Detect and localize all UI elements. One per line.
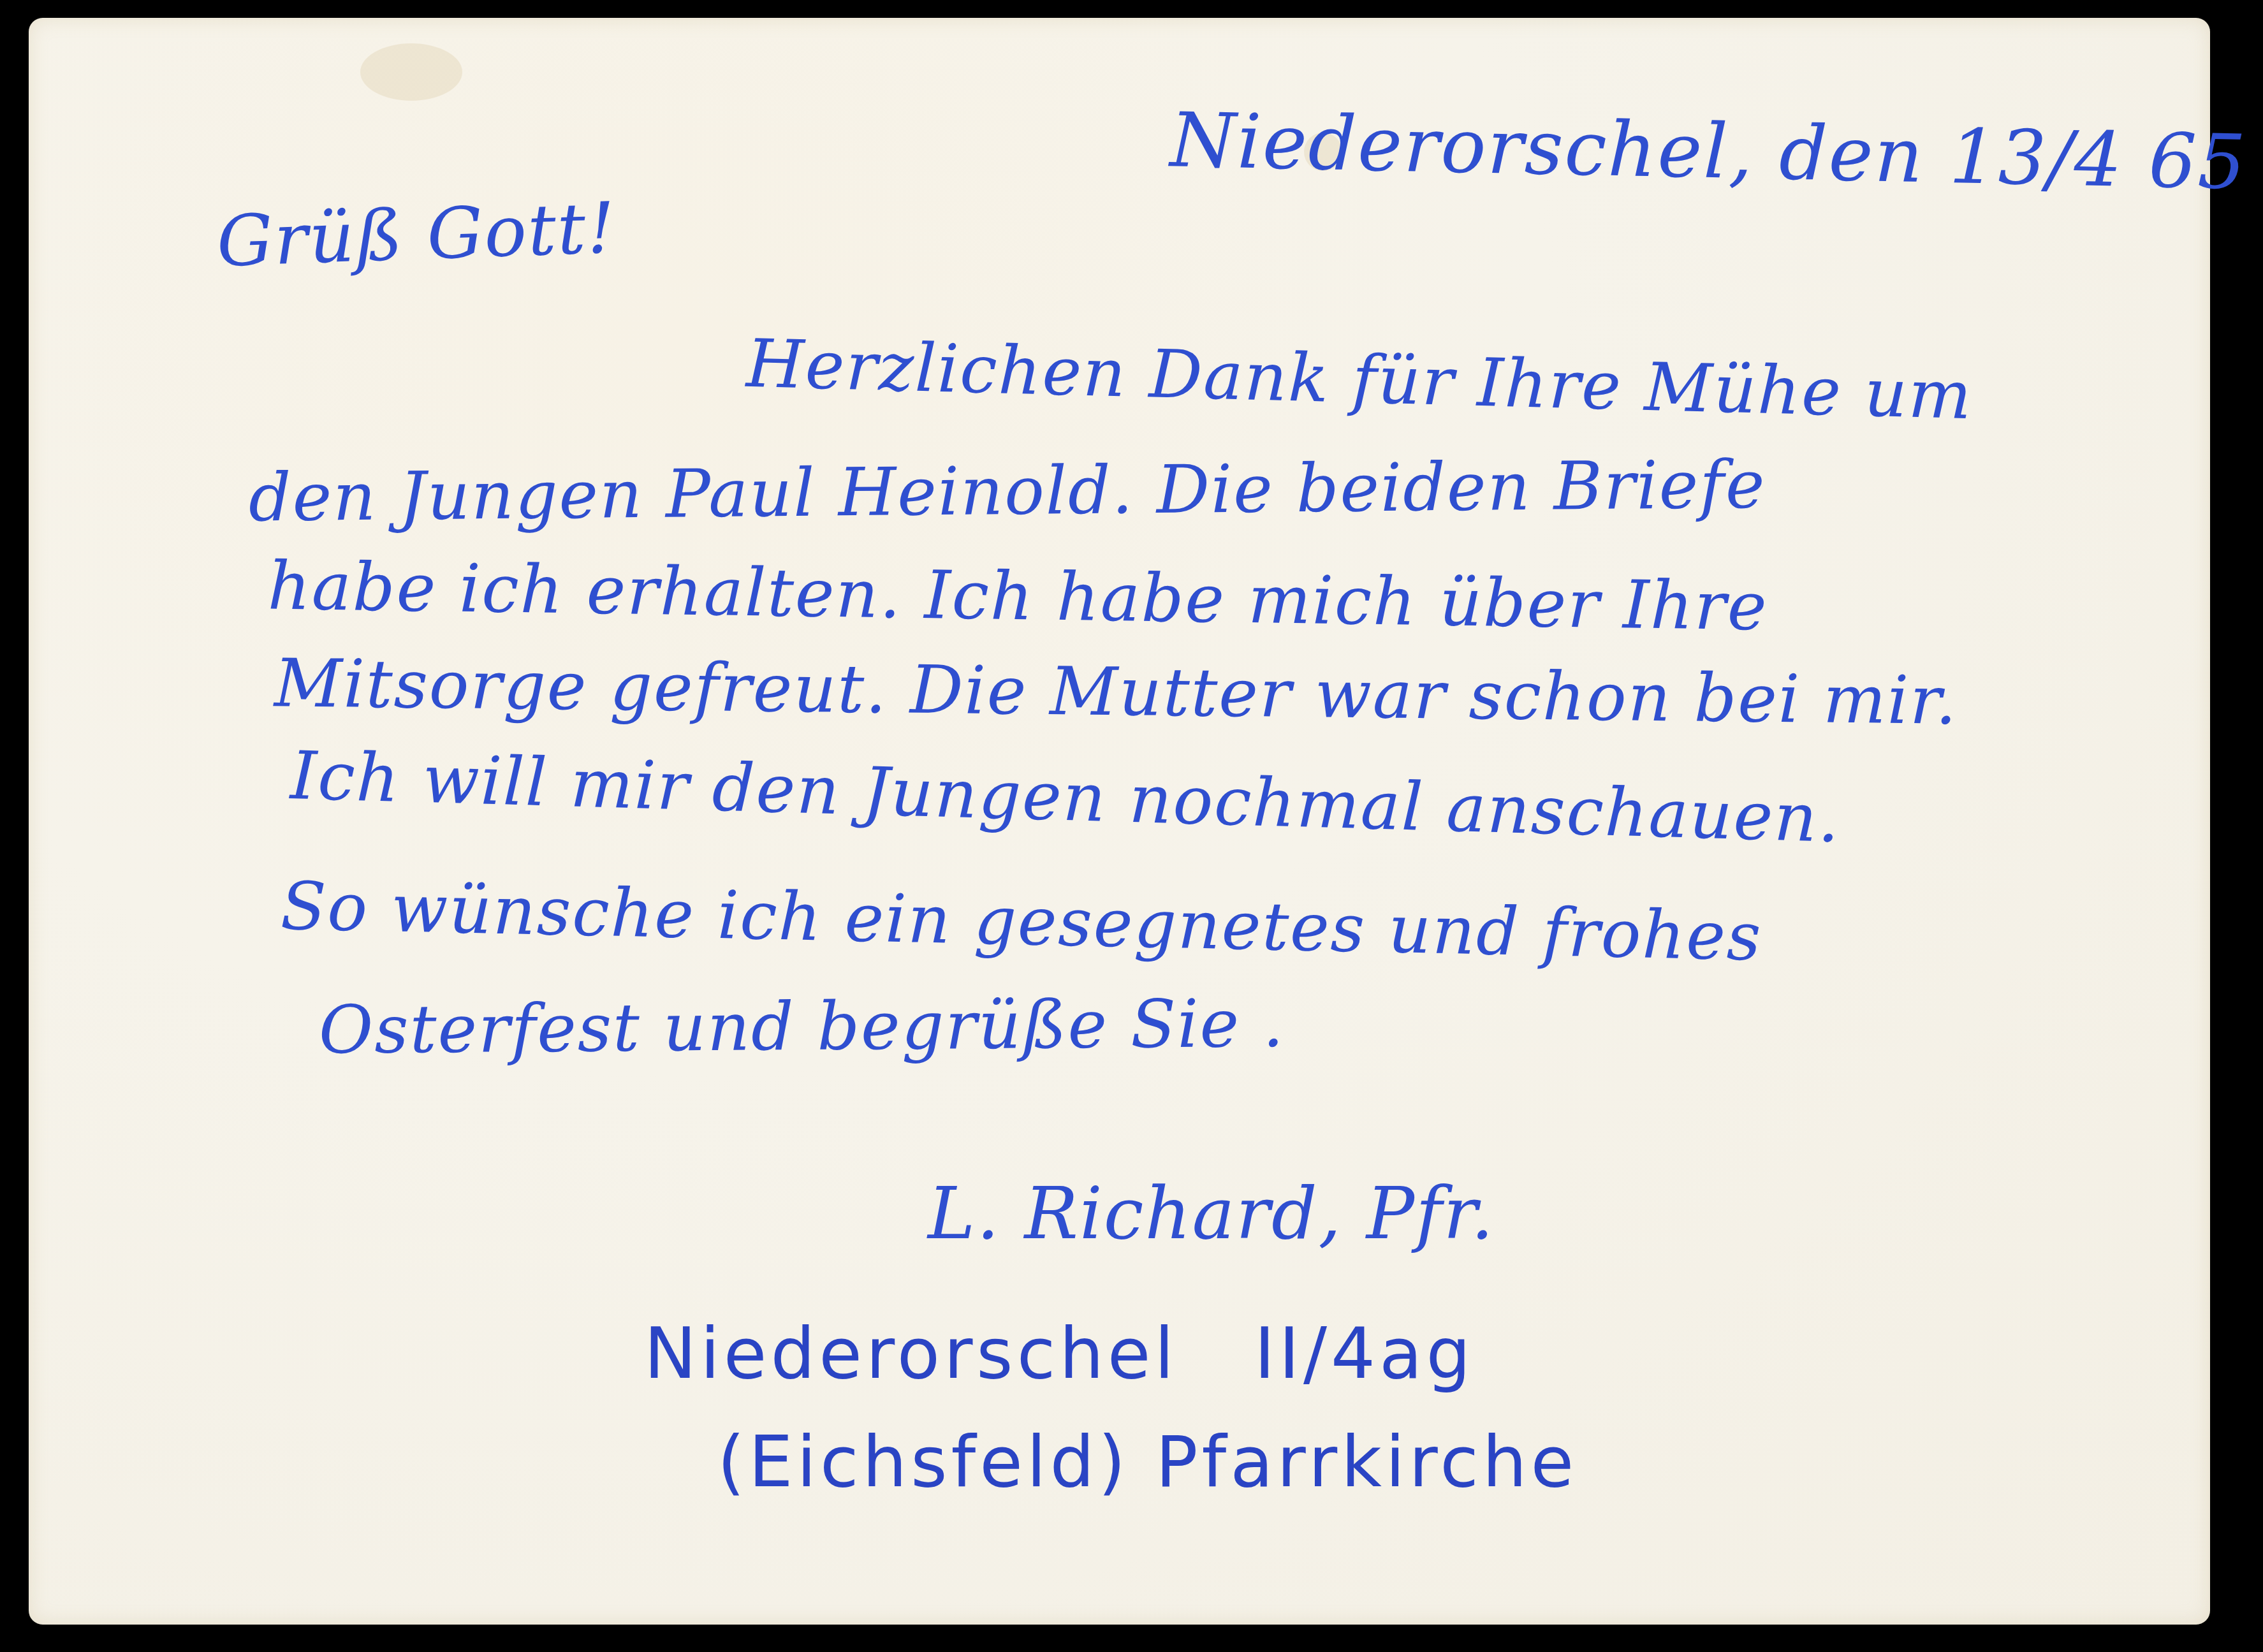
place-date-line: Niederorschel, den 13/4 65 — [1169, 102, 2248, 200]
body-line: Herzlichen Dank für Ihre Mühe um — [745, 330, 1974, 428]
body-line: den Jungen Paul Heinold. Die beiden Brie… — [249, 451, 1766, 531]
place: Niederorschel, — [1169, 96, 1755, 196]
address-line-1: NiederorschelII/4ag — [644, 1319, 1474, 1389]
body-line: So wünsche ich ein gesegnetes und frohes — [280, 873, 1762, 970]
date: 13/4 65 — [1949, 112, 2248, 207]
address-place: Niederorschel — [644, 1313, 1178, 1394]
body-line: Ich will mir den Jungen nochmal anschaue… — [289, 742, 1842, 852]
signature: L. Richard, Pfr. — [928, 1178, 1495, 1250]
salutation: Grüß Gott! — [216, 193, 617, 277]
paper-stain — [360, 43, 462, 101]
body-line: Mitsorge gefreut. Die Mutter war schon b… — [274, 650, 1958, 734]
date-prefix: den — [1778, 108, 1925, 200]
address-line-2: (Eichsfeld) Pfarrkirche — [717, 1427, 1578, 1497]
address-reference: II/4ag — [1254, 1313, 1474, 1394]
body-line: habe ich erhalten. Ich habe mich über Ih… — [267, 553, 1768, 640]
postcard: Niederorschel, den 13/4 65 Grüß Gott! He… — [29, 18, 2210, 1625]
body-line: Osterfest und begrüße Sie . — [319, 990, 1285, 1064]
